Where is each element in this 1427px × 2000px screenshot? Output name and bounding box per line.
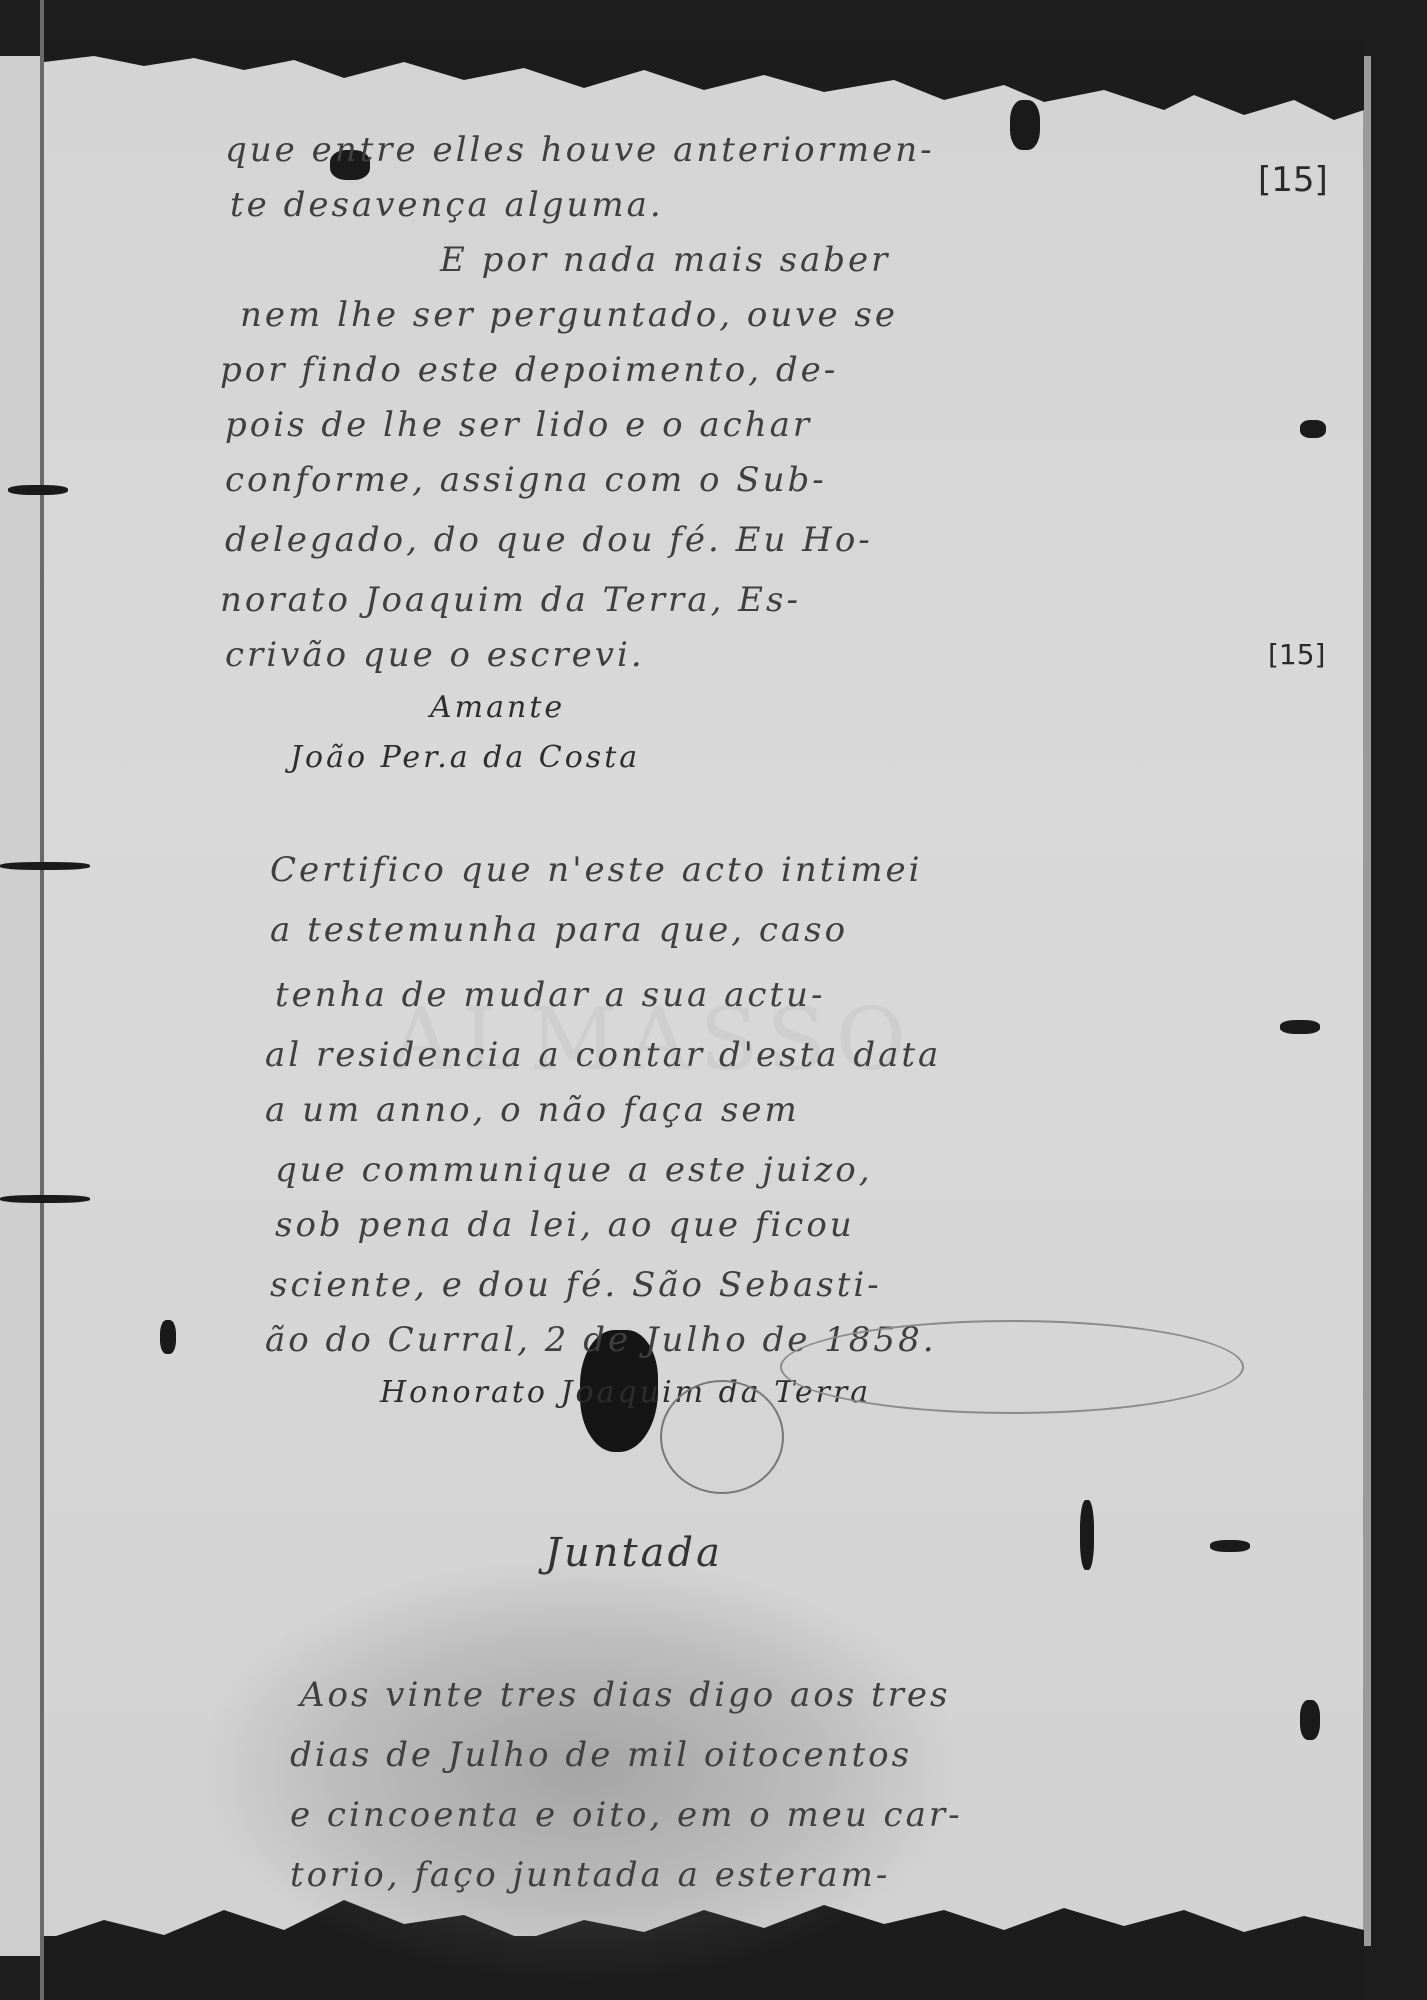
damage-blot	[1280, 1020, 1320, 1034]
damage-blot	[0, 862, 90, 870]
text-line: te desavença alguma.	[230, 185, 664, 225]
torn-top-edge	[44, 40, 1364, 130]
text-line: nem lhe ser perguntado, ouve se	[240, 295, 898, 335]
signature-witness: João Per.a da Costa	[290, 740, 640, 775]
damage-blot	[1300, 1700, 1320, 1740]
damage-blot	[1210, 1540, 1250, 1552]
damage-blot	[1080, 1500, 1094, 1570]
text-line: norato Joaquim da Terra, Es-	[220, 580, 801, 620]
folio-number-side: [15]	[1268, 638, 1325, 671]
text-line: pois de lhe ser lido e o achar	[225, 405, 812, 445]
section-heading: Juntada	[545, 1530, 723, 1576]
facing-page-edge	[0, 56, 40, 1956]
folio-number-top: [15]	[1258, 160, 1328, 200]
text-line: sciente, e dou fé. São Sebasti-	[270, 1265, 882, 1305]
text-line: que entre elles houve anteriormen-	[225, 130, 935, 170]
text-line: crivão que o escrevi.	[225, 635, 645, 675]
text-line: por findo este depoimento, de-	[220, 350, 838, 390]
signature-flourish	[780, 1320, 1244, 1414]
text-line: E por nada mais saber	[440, 240, 890, 280]
text-line: que communique a este juizo,	[275, 1150, 873, 1190]
text-line: e cincoenta e oito, em o meu car-	[290, 1795, 963, 1835]
text-line: delegado, do que dou fé. Eu Ho-	[225, 520, 873, 560]
text-line: Aos vinte tres dias digo aos tres	[300, 1675, 950, 1715]
text-line: a um anno, o não faça sem	[265, 1090, 800, 1130]
text-line: sob pena da lei, ao que ficou	[275, 1205, 855, 1245]
text-line: conforme, assigna com o Sub-	[225, 460, 827, 500]
damage-blot	[0, 1195, 90, 1203]
page-right-edge	[1363, 56, 1371, 1946]
damage-blot	[1010, 100, 1040, 150]
signature-witness-mark: Amante	[430, 690, 565, 725]
damage-blot	[1300, 420, 1326, 438]
text-line: al residencia a contar d'esta data	[265, 1035, 941, 1075]
text-line: a testemunha para que, caso	[270, 910, 848, 950]
text-line: Certifico que n'este acto intimei	[270, 850, 923, 890]
damage-blot	[160, 1320, 176, 1354]
text-line: dias de Julho de mil oitocentos	[290, 1735, 912, 1775]
damage-blot	[8, 485, 68, 495]
signature-flourish	[660, 1380, 784, 1494]
text-line: torio, faço juntada a esteram-	[290, 1855, 890, 1895]
text-line: tenha de mudar a sua actu-	[275, 975, 825, 1015]
